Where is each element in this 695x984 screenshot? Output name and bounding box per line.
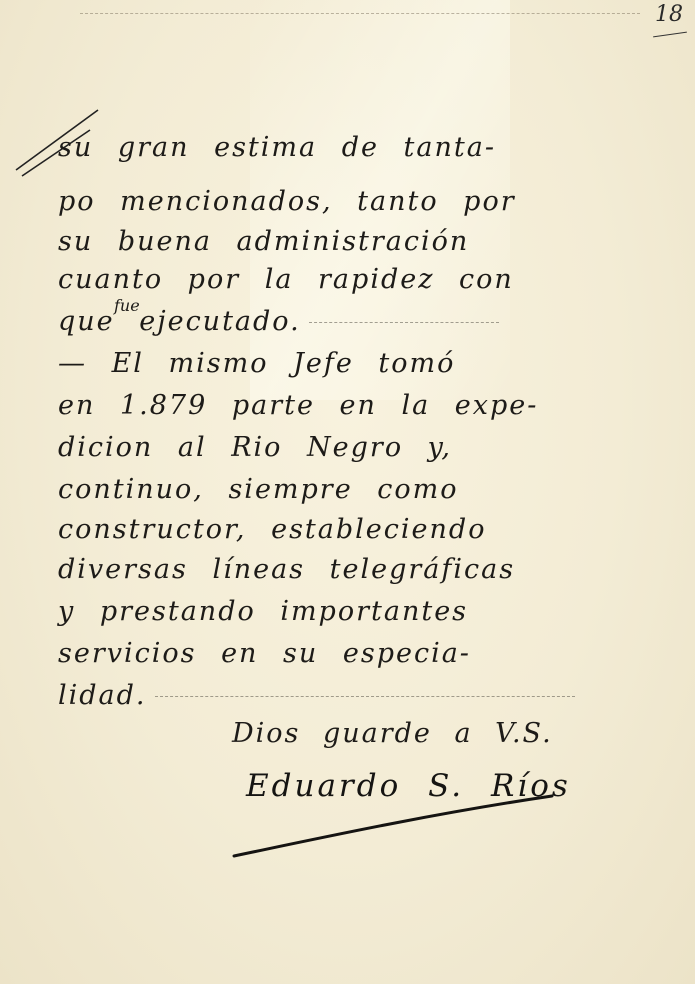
text-line-5-text: que ejecutado.: [58, 306, 301, 337]
line-filler: [155, 696, 575, 697]
text-line-2: po mencionados, tanto por: [58, 186, 516, 217]
text-line-7: en 1.879 parte en la expe-: [58, 390, 538, 421]
text-line-14: lidad.: [58, 680, 575, 711]
text-line-9: continuo, siempre como: [58, 474, 459, 505]
top-ruled-line: [80, 13, 640, 14]
text-line-10: constructor, estableciendo: [58, 514, 486, 545]
text-line-3: su buena administración: [58, 226, 469, 257]
text-line-1: su gran estima de tanta-: [58, 132, 496, 163]
text-line-11: diversas líneas telegráficas: [58, 554, 515, 585]
line-filler: [309, 322, 499, 323]
page-number: 18: [655, 2, 683, 27]
text-line-12: y prestando importantes: [58, 596, 468, 627]
page-number-underline: [653, 32, 687, 38]
text-line-4: cuanto por la rapidez con: [58, 264, 514, 295]
text-line-13: servicios en su especia-: [58, 638, 471, 669]
text-line-8: dicion al Rio Negro y,: [58, 432, 452, 463]
document-page: 18 su gran estima de tanta- po mencionad…: [0, 0, 695, 984]
text-line-14-text: lidad.: [58, 680, 147, 711]
text-line-5: que ejecutado.: [58, 306, 499, 337]
signature-flourish-icon: [230, 790, 560, 870]
text-line-6: — El mismo Jefe tomó: [58, 348, 455, 379]
closing-formula: Dios guarde a V.S.: [232, 718, 553, 749]
